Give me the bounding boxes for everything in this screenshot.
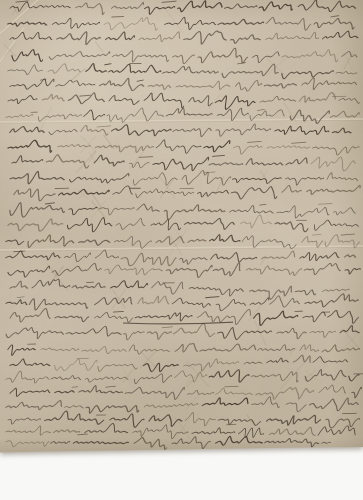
handwriting-svg xyxy=(0,0,363,456)
scanned-letter-image xyxy=(0,0,363,500)
letter-page xyxy=(0,0,363,456)
paper-shadow-wrap xyxy=(0,0,363,500)
